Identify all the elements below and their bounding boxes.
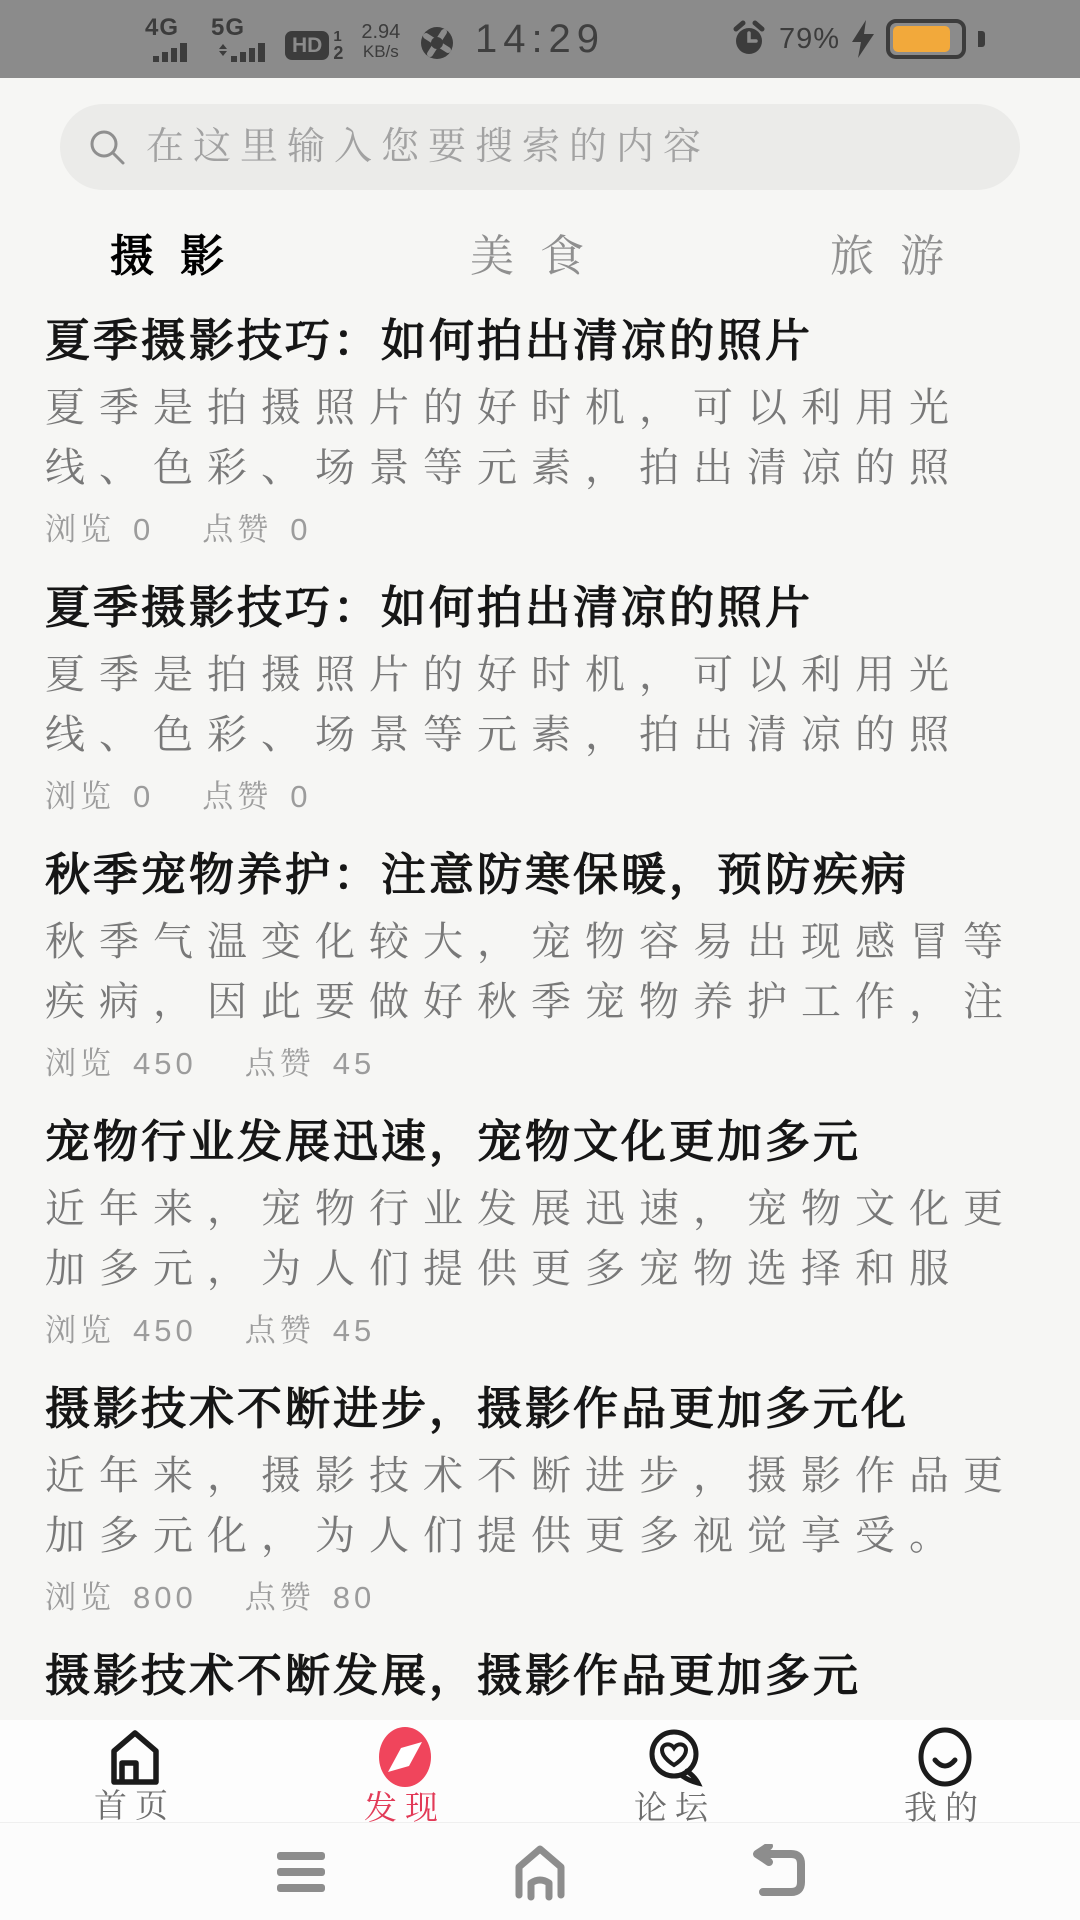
battery-percent: 79%	[779, 23, 840, 56]
battery-fill	[893, 26, 950, 52]
likes-label: 点赞	[245, 1046, 315, 1082]
article-card[interactable]: 宠物行业发展迅速，宠物文化更加多元 近年来，宠物行业发展迅速，宠物文化更加多元，…	[45, 1115, 1035, 1349]
network-speed-indicator: 2.94 KB/s	[361, 21, 400, 62]
likes-label: 点赞	[202, 779, 272, 815]
battery-nub	[978, 31, 985, 47]
nav-label: 首页	[94, 1788, 176, 1824]
views-label: 浏览	[45, 512, 115, 548]
views-label: 浏览	[45, 779, 115, 815]
tab-label: 摄影	[110, 232, 250, 281]
article-title: 夏季摄影技巧：如何拍出清凉的照片	[45, 314, 1035, 368]
views-count: 800	[133, 1580, 197, 1616]
back-button[interactable]	[743, 1844, 809, 1900]
views-count: 450	[133, 1046, 197, 1082]
likes-count: 80	[333, 1580, 375, 1616]
article-desc: 夏季是拍摄照片的好时机，可以利用光线、色彩、场景等元素，拍出清凉的照	[45, 378, 1035, 498]
home-button[interactable]	[507, 1841, 573, 1903]
views-label: 浏览	[45, 1580, 115, 1616]
search-bar[interactable]	[60, 104, 1020, 190]
network-4g-label: 4G	[145, 16, 179, 40]
nav-item-mine[interactable]: 我的	[810, 1720, 1080, 1826]
tab-label: 旅游	[830, 232, 970, 281]
recents-icon	[271, 1844, 337, 1900]
status-time: 14:29	[475, 17, 605, 62]
forum-icon	[645, 1727, 705, 1787]
status-left-cluster: 4G 5G HD 1 2	[145, 16, 456, 62]
article-desc: 近年来，宠物行业发展迅速，宠物文化更加多元，为人们提供更多宠物选择和服	[45, 1179, 1035, 1299]
bottom-nav: 首页 发现 论坛 我的	[0, 1720, 1080, 1822]
signal-5g-indicator: 5G	[211, 16, 267, 62]
charging-bolt-icon	[850, 19, 876, 59]
speed-value: 2.94	[361, 21, 400, 43]
likes-count: 45	[333, 1313, 375, 1349]
tab-photography[interactable]: 摄影	[0, 214, 360, 290]
article-desc: 秋季气温变化较大，宠物容易出现感冒等疾病，因此要做好秋季宠物养护工作，注	[45, 912, 1035, 1032]
article-card[interactable]: 夏季摄影技巧：如何拍出清凉的照片 夏季是拍摄照片的好时机，可以利用光线、色彩、场…	[45, 581, 1035, 815]
content-area: 摄影 美食 旅游 夏季摄影技巧：如何拍出清凉的照片 夏季是拍摄照片的好时机，可以…	[0, 78, 1080, 1920]
article-list: 夏季摄影技巧：如何拍出清凉的照片 夏季是拍摄照片的好时机，可以利用光线、色彩、场…	[0, 314, 1080, 1833]
likes-label: 点赞	[245, 1313, 315, 1349]
nav-label: 发现	[364, 1790, 446, 1826]
sim-slot-indicator: 1 2	[333, 29, 343, 62]
signal-bars-arrows-icon	[219, 42, 267, 62]
article-stats: 浏览 450 点赞 45	[45, 1313, 1035, 1349]
article-desc: 夏季是拍摄照片的好时机，可以利用光线、色彩、场景等元素，拍出清凉的照	[45, 645, 1035, 765]
alarm-clock-icon	[729, 19, 769, 59]
home-icon	[105, 1727, 165, 1785]
article-stats: 浏览 450 点赞 45	[45, 1046, 1035, 1082]
battery-icon	[886, 19, 966, 59]
article-title: 摄影技术不断进步，摄影作品更加多元化	[45, 1382, 1035, 1436]
sim1-label: 1	[333, 29, 343, 44]
search-input[interactable]	[146, 126, 994, 169]
signal-4g-indicator: 4G	[145, 16, 193, 62]
back-icon	[743, 1844, 809, 1900]
views-label: 浏览	[45, 1313, 115, 1349]
profile-icon	[915, 1727, 975, 1787]
likes-label: 点赞	[245, 1580, 315, 1616]
nav-item-forum[interactable]: 论坛	[540, 1720, 810, 1826]
category-tabs: 摄影 美食 旅游	[0, 214, 1080, 290]
article-stats: 浏览 0 点赞 0	[45, 512, 1035, 548]
article-stats: 浏览 0 点赞 0	[45, 779, 1035, 815]
likes-count: 0	[290, 779, 311, 815]
views-label: 浏览	[45, 1046, 115, 1082]
tab-travel[interactable]: 旅游	[720, 214, 1080, 290]
pinwheel-icon	[418, 24, 456, 62]
search-icon	[86, 126, 128, 168]
status-right-cluster: 79%	[729, 19, 985, 59]
article-card[interactable]: 摄影技术不断进步，摄影作品更加多元化 近年来，摄影技术不断进步，摄影作品更加多元…	[45, 1382, 1035, 1616]
volte-hd-indicator: HD 1 2	[285, 29, 343, 62]
nav-item-home[interactable]: 首页	[0, 1720, 270, 1826]
views-count: 0	[133, 779, 154, 815]
article-card[interactable]: 夏季摄影技巧：如何拍出清凉的照片 夏季是拍摄照片的好时机，可以利用光线、色彩、场…	[45, 314, 1035, 548]
speed-unit: KB/s	[363, 43, 399, 62]
article-title: 摄影技术不断发展，摄影作品更加多元	[45, 1649, 1035, 1703]
system-nav-bar	[0, 1822, 1080, 1920]
nav-label: 我的	[904, 1790, 986, 1826]
views-count: 450	[133, 1313, 197, 1349]
hd-icon: HD	[285, 31, 329, 60]
article-title: 宠物行业发展迅速，宠物文化更加多元	[45, 1115, 1035, 1169]
nav-label: 论坛	[634, 1790, 716, 1826]
recents-button[interactable]	[271, 1844, 337, 1900]
article-title: 夏季摄影技巧：如何拍出清凉的照片	[45, 581, 1035, 635]
likes-count: 0	[290, 512, 311, 548]
likes-label: 点赞	[202, 512, 272, 548]
article-title: 秋季宠物养护：注意防寒保暖，预防疾病	[45, 848, 1035, 902]
article-card[interactable]: 秋季宠物养护：注意防寒保暖，预防疾病 秋季气温变化较大，宠物容易出现感冒等疾病，…	[45, 848, 1035, 1082]
article-desc: 近年来，摄影技术不断进步，摄影作品更加多元化，为人们提供更多视觉享受。	[45, 1446, 1035, 1566]
network-5g-label: 5G	[211, 16, 245, 40]
tab-label: 美食	[470, 232, 610, 281]
status-bar: 4G 5G HD 1 2	[0, 0, 1080, 78]
tab-food[interactable]: 美食	[360, 214, 720, 290]
nav-item-discover[interactable]: 发现	[270, 1720, 540, 1826]
views-count: 0	[133, 512, 154, 548]
compass-icon	[375, 1727, 435, 1787]
sim2-label: 2	[333, 44, 343, 62]
home-icon	[507, 1841, 573, 1903]
signal-bars-icon	[153, 42, 193, 62]
article-stats: 浏览 800 点赞 80	[45, 1580, 1035, 1616]
likes-count: 45	[333, 1046, 375, 1082]
